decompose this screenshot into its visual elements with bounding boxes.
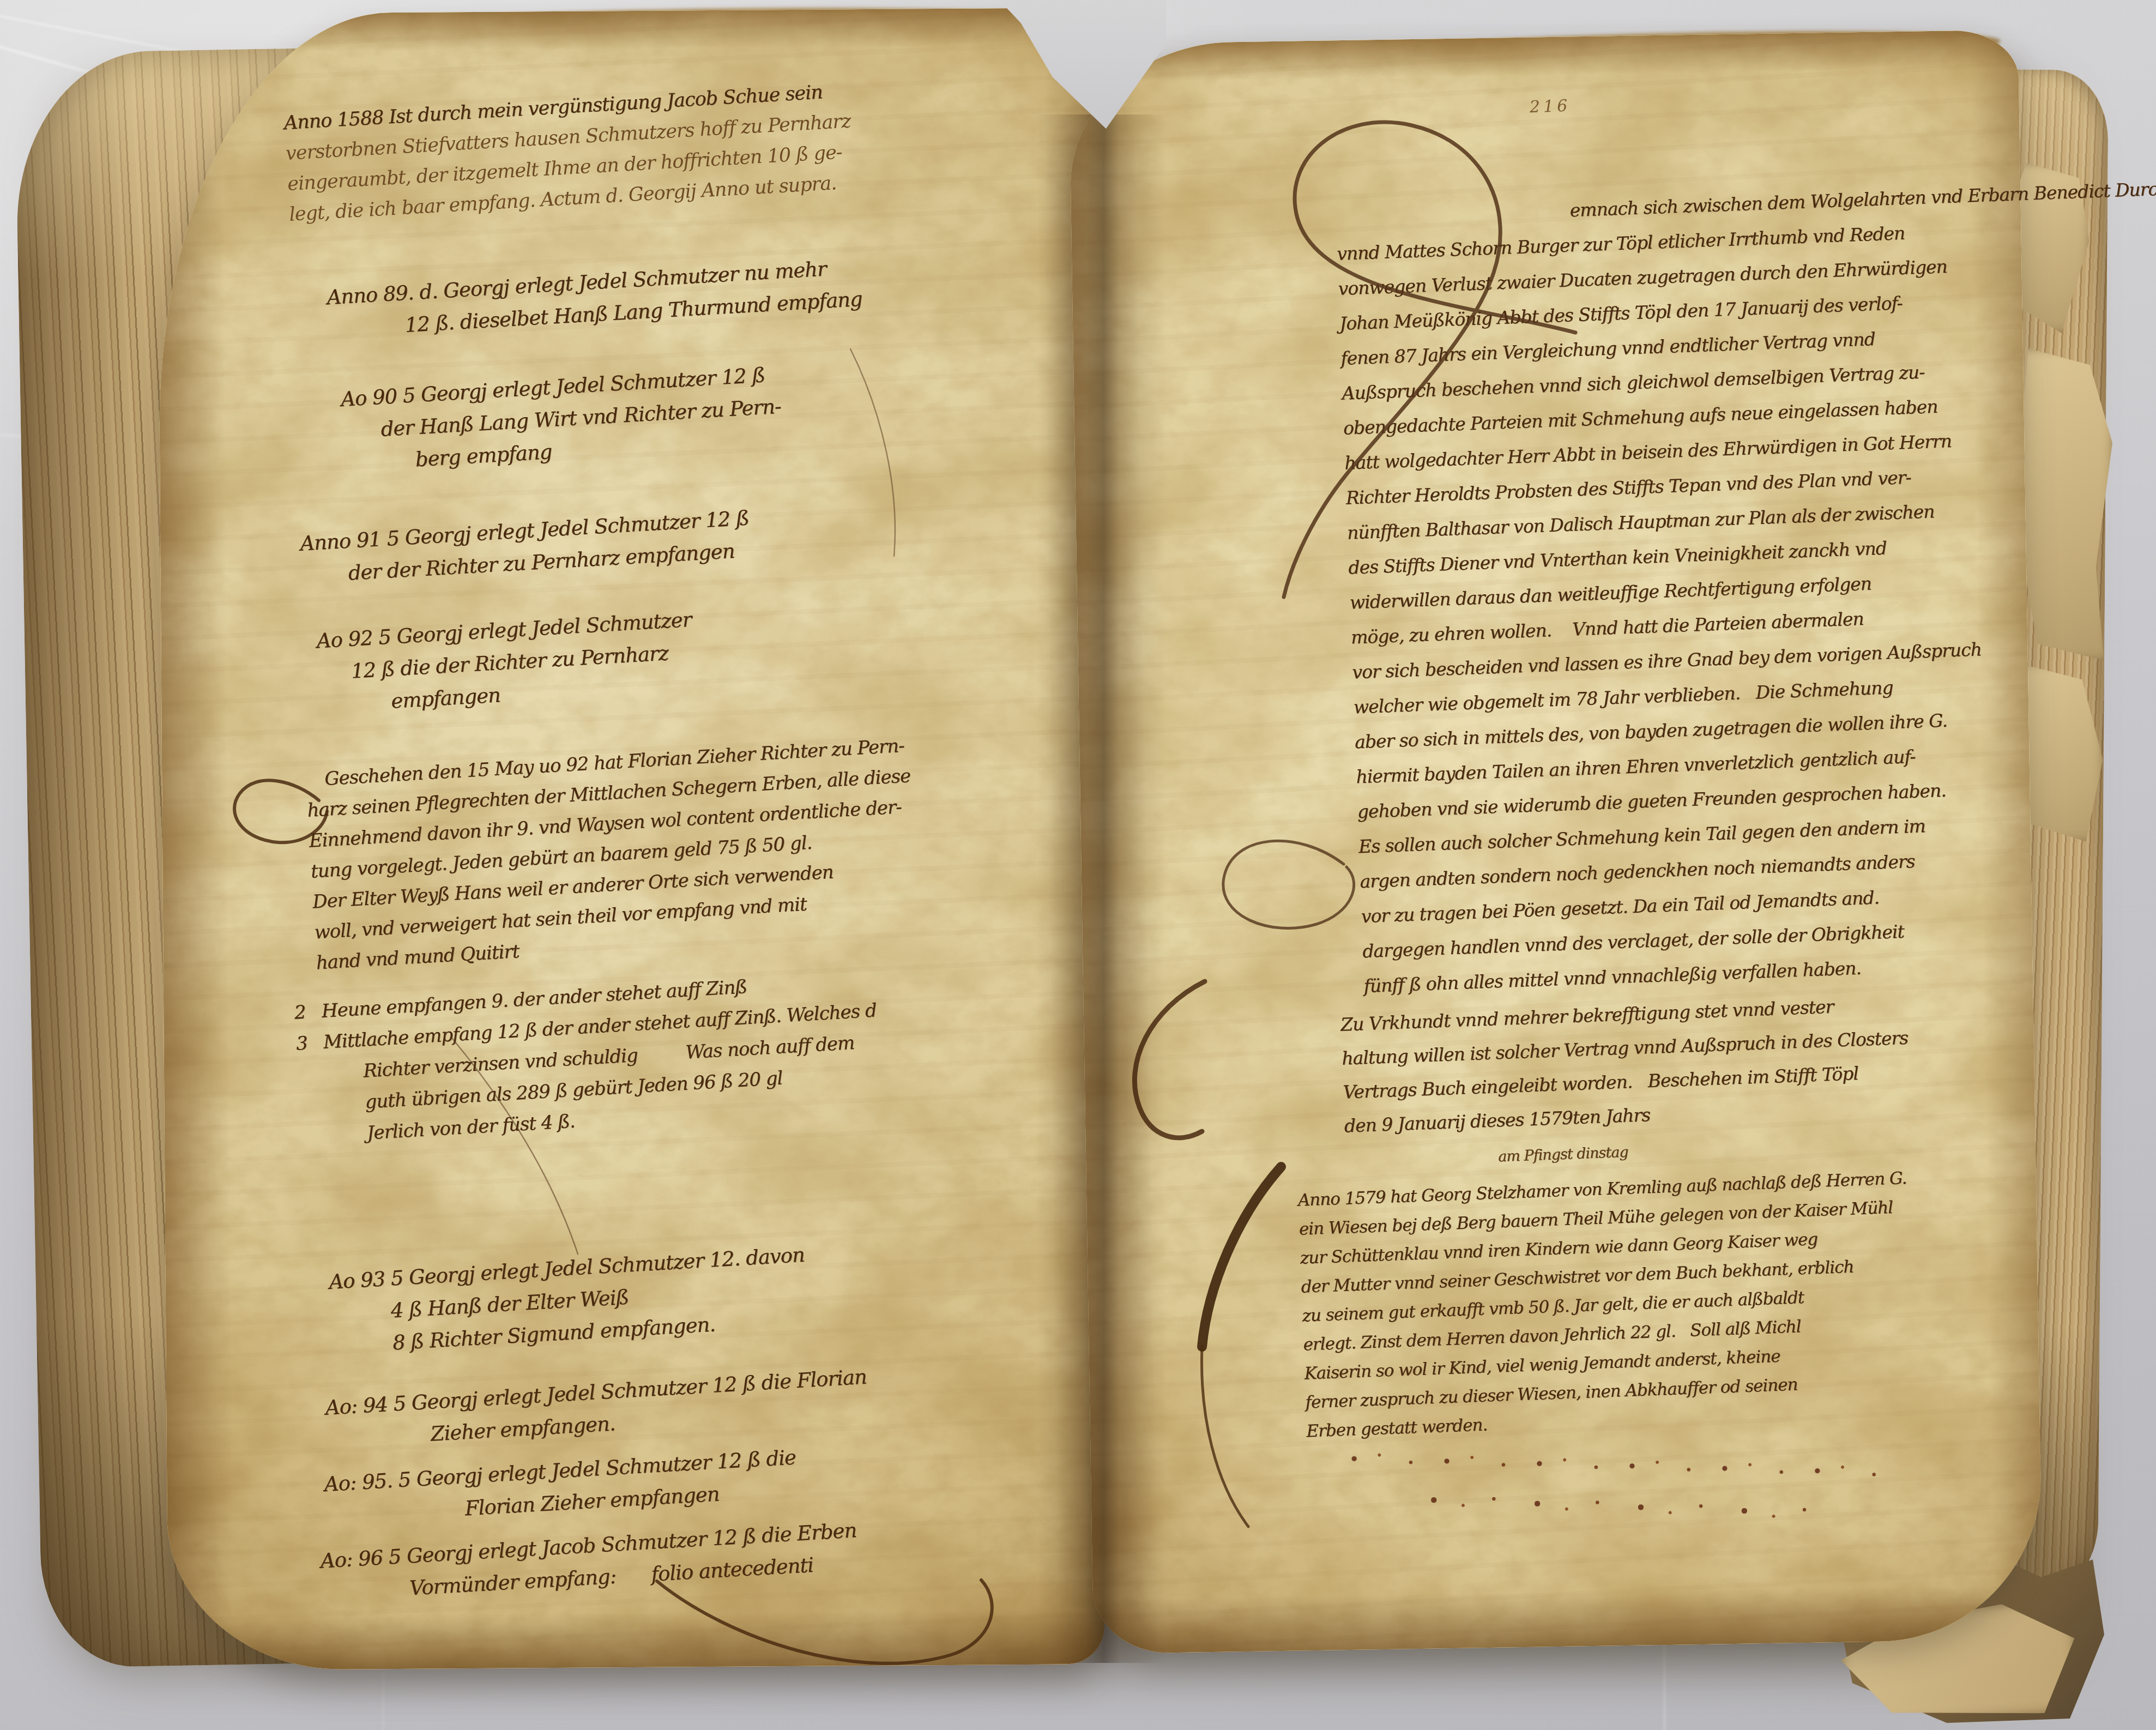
handwritten-line: am Pfingst dinstag xyxy=(1497,1142,1628,1168)
ledger-numbered-list: 2 Heune empfangen 9. der ander stehet au… xyxy=(293,965,883,1153)
book-gutter-shadow xyxy=(1037,114,1165,1663)
left-page-handwriting: Anno 1588 Ist durch mein vergünstigung J… xyxy=(233,35,1175,1706)
right-page-handwriting: emnach sich zwischen dem Wolgelahrten vn… xyxy=(1228,159,2119,1606)
ledger-entry: Ao 93 5 Georgj erlegt Jedel Schmutzer 12… xyxy=(328,1239,809,1363)
ledger-entry: Anno 91 5 Georgj erlegt Jedel Schmutzer … xyxy=(299,502,752,592)
folio-page-number: 216 xyxy=(1529,97,1571,117)
urkund-paragraph: Zu Vrkhundt vnnd mehrer bekrefftigung st… xyxy=(1340,987,1911,1143)
photograph-of-open-manuscript-book: 216 Anno 1588 Ist durch mein vergünstigu… xyxy=(0,0,2156,1730)
ledger-entry: Ao 90 5 Georgj erlegt Jedel Schmutzer 12… xyxy=(340,358,784,480)
ledger-entry: Ao 92 5 Georgj erlegt Jedel Schmutzer12 … xyxy=(316,604,696,721)
date-note: am Pfingst dinstag xyxy=(1497,1142,1628,1168)
contract-paragraph: emnach sich zwischen dem Wolgelahrten vn… xyxy=(1335,171,2156,1004)
ledger-entry: Ao: 95. 5 Georgj erlegt Jedel Schmutzer … xyxy=(323,1441,799,1533)
ledger-entry: Ao: 96 5 Georgj erlegt Jacob Schmutzer 1… xyxy=(319,1514,859,1609)
ledger-entry: Anno 89. d. Georgj erlegt Jedel Schmutze… xyxy=(326,251,863,346)
anno-1579-paragraph: Anno 1579 hat Georg Stelzhamer von Kreml… xyxy=(1297,1164,1916,1446)
ledger-entry: Anno 1588 Ist durch mein vergünstigung J… xyxy=(283,76,855,230)
ledger-paragraph: Geschehen den 15 May uo 92 hat Florian Z… xyxy=(305,730,920,978)
